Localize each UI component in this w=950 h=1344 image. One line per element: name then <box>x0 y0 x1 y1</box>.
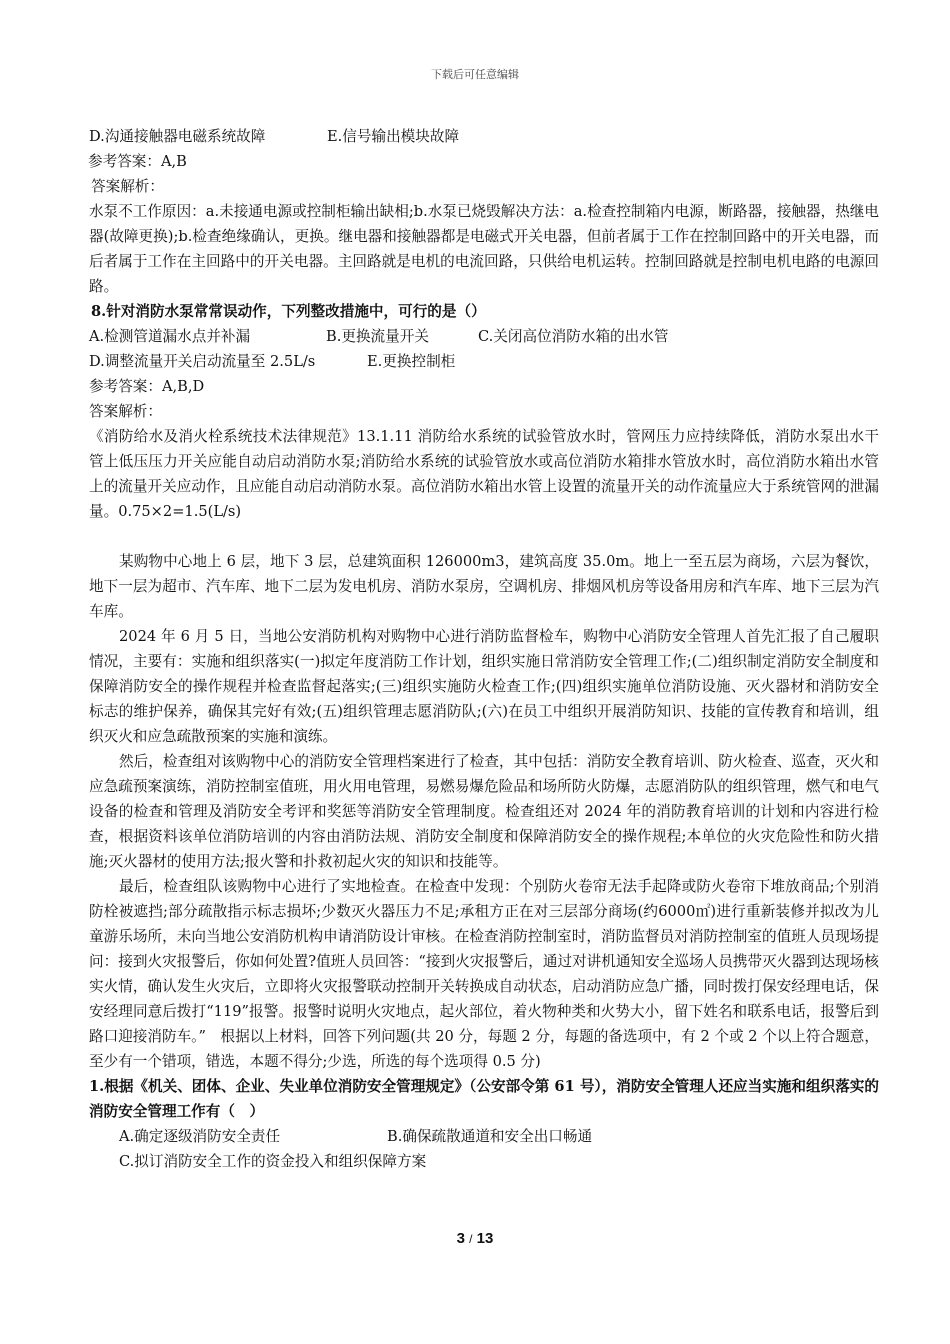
q8-option-a: A.检测管道漏水点并补漏 <box>89 324 326 349</box>
page-total: 13 <box>477 1230 494 1247</box>
q8-answer: 参考答案：A,B,D <box>89 374 879 399</box>
case-paragraph-4: 最后，检查组队该购物中心进行了实地检查。在检查中发现：个别防火卷帘无法手起降或防… <box>89 874 879 1074</box>
q8-title: 8.针对消防水泵常常误动作，下列整改措施中，可行的是（） <box>91 299 879 324</box>
document-body: D.沟通接触器电磁系统故障E.信号输出模块故障 参考答案：A,B 答案解析： 水… <box>89 124 879 1174</box>
q7-option-e: E.信号输出模块故障 <box>327 124 459 149</box>
q8-option-e: E.更换控制柜 <box>367 349 455 374</box>
q8-analysis-text: 《消防给水及消火栓系统技术法律规范》13.1.11 消防给水系统的试验管放水时，… <box>89 424 879 524</box>
page-number: 3 / 13 <box>0 1230 950 1247</box>
q8-option-c: C.关闭高位消防水箱的出水管 <box>478 324 668 349</box>
q8-option-d: D.调整流量开关启动流量至 2.5L/s <box>89 349 367 374</box>
q7-analysis-text: 水泵不工作原因：a.未接通电源或控制柜输出缺相;b.水泵已烧毁解决方法：a.检查… <box>89 199 879 299</box>
page-separator: / <box>469 1232 472 1246</box>
q1-option-c: C.拟订消防安全工作的资金投入和组织保障方案 <box>89 1149 879 1174</box>
q8-options-row2: D.调整流量开关启动流量至 2.5L/sE.更换控制柜 <box>89 349 879 374</box>
q7-options-line: D.沟通接触器电磁系统故障E.信号输出模块故障 <box>89 124 879 149</box>
q8-analysis-label: 答案解析： <box>89 399 879 424</box>
case-paragraph-3: 然后，检查组对该购物中心的消防安全管理档案进行了检查，其中包括：消防安全教育培训… <box>89 749 879 874</box>
q7-option-d: D.沟通接触器电磁系统故障 <box>89 124 327 149</box>
q7-analysis-label: 答案解析： <box>91 174 879 199</box>
page-current: 3 <box>457 1230 465 1247</box>
q1-title: 1.根据《机关、团体、企业、失业单位消防安全管理规定》（公安部令第 61 号），… <box>89 1074 879 1124</box>
q8-options-row1: A.检测管道漏水点并补漏B.更换流量开关C.关闭高位消防水箱的出水管 <box>89 324 879 349</box>
q7-answer: 参考答案：A,B <box>88 149 879 174</box>
page-header: 下载后可任意编辑 <box>0 66 950 82</box>
q8-option-b: B.更换流量开关 <box>326 324 478 349</box>
case-paragraph-2: 2024 年 6 月 5 日，当地公安消防机构对购物中心进行消防监督检车，购物中… <box>89 624 879 749</box>
q1-options-row1: A.确定逐级消防安全责任B.确保疏散通道和安全出口畅通 <box>89 1124 879 1149</box>
q1-option-a: A.确定逐级消防安全责任 <box>119 1124 387 1149</box>
q1-option-b: B.确保疏散通道和安全出口畅通 <box>387 1124 592 1149</box>
case-paragraph-1: 某购物中心地上 6 层，地下 3 层，总建筑面积 126000m3，建筑高度 3… <box>89 549 879 624</box>
